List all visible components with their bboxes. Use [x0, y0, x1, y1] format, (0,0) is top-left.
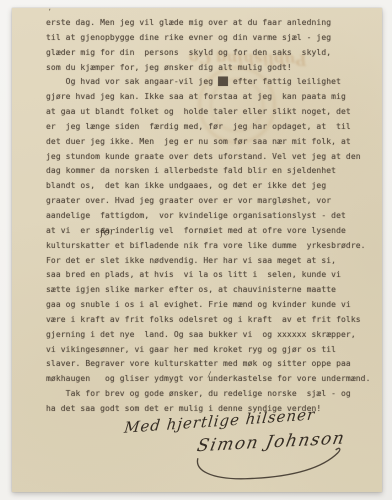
typed-line: glæder mig for din persons skyld og for … [46, 46, 376, 61]
typed-line: gjerning i det nye land. Og saa bukker v… [46, 328, 376, 343]
typed-line: saa bred en plads, at hvis vi la os litt… [46, 268, 376, 283]
typed-line: er jeg længe siden færdig med, før jeg h… [46, 120, 376, 135]
typed-line: graater over. Hvad jeg graater over er v… [46, 194, 376, 209]
typed-line: gjøre hvad jeg kan. Ikke saa at forstaa … [46, 90, 376, 105]
typed-line: det duer jeg ikke. Men jeg er nu som før… [46, 135, 376, 150]
typed-line: erste dag. Men jeg vil glæde mig over at… [46, 16, 376, 31]
handwritten-insertion: for [99, 226, 115, 238]
typed-line: Tak for brev og gode ønsker, du redelige… [46, 387, 376, 402]
scan-background: Publishing Co erste dag. Men jeg vil glæ… [0, 0, 392, 500]
typed-text: erste dag. Men jeg vil glæde mig over at… [46, 16, 376, 417]
typed-line: Og hvad vor sak angaar-vil jeg ██ efter … [46, 75, 376, 90]
typed-line: For det er slet ikke nødvendig. Her har … [46, 254, 376, 269]
typed-line: dag kommer da norsken i allerbedste fald… [46, 164, 376, 179]
typed-line: være i kraft av frit folks odelsret og i… [46, 313, 376, 328]
typed-line: gaa og snuble i os i al evighet. Frie mæ… [46, 298, 376, 313]
typed-line: sætte igjen slike marker efter os, at ch… [46, 283, 376, 298]
typed-line: blandt os, det kan ikke undgaaes, og det… [46, 179, 376, 194]
signature: Simon Johnson [197, 428, 360, 488]
typed-line: som du kjæmper for, jeg ønsker dig alt m… [46, 61, 376, 76]
letter-page: Publishing Co erste dag. Men jeg vil glæ… [12, 8, 382, 492]
typed-line: jeg stundom kunde graate over dets ufors… [46, 150, 376, 165]
typed-line: at vi er saa inderlig vel fornøiet med a… [46, 224, 376, 239]
signature-flourish-icon [191, 442, 353, 488]
typed-line: til at gjenopbygge dine rike evner og di… [46, 31, 376, 46]
typed-line: at gaa ut blandt folket og holde taler e… [46, 105, 376, 120]
typed-line: aandelige fattigdom, vor kvindelige orga… [46, 209, 376, 224]
typed-line: vi vikingesønner, vi gaar her med kroket… [46, 343, 376, 358]
typed-line: kulturskatter et bifladende nik fra vore… [46, 239, 376, 254]
